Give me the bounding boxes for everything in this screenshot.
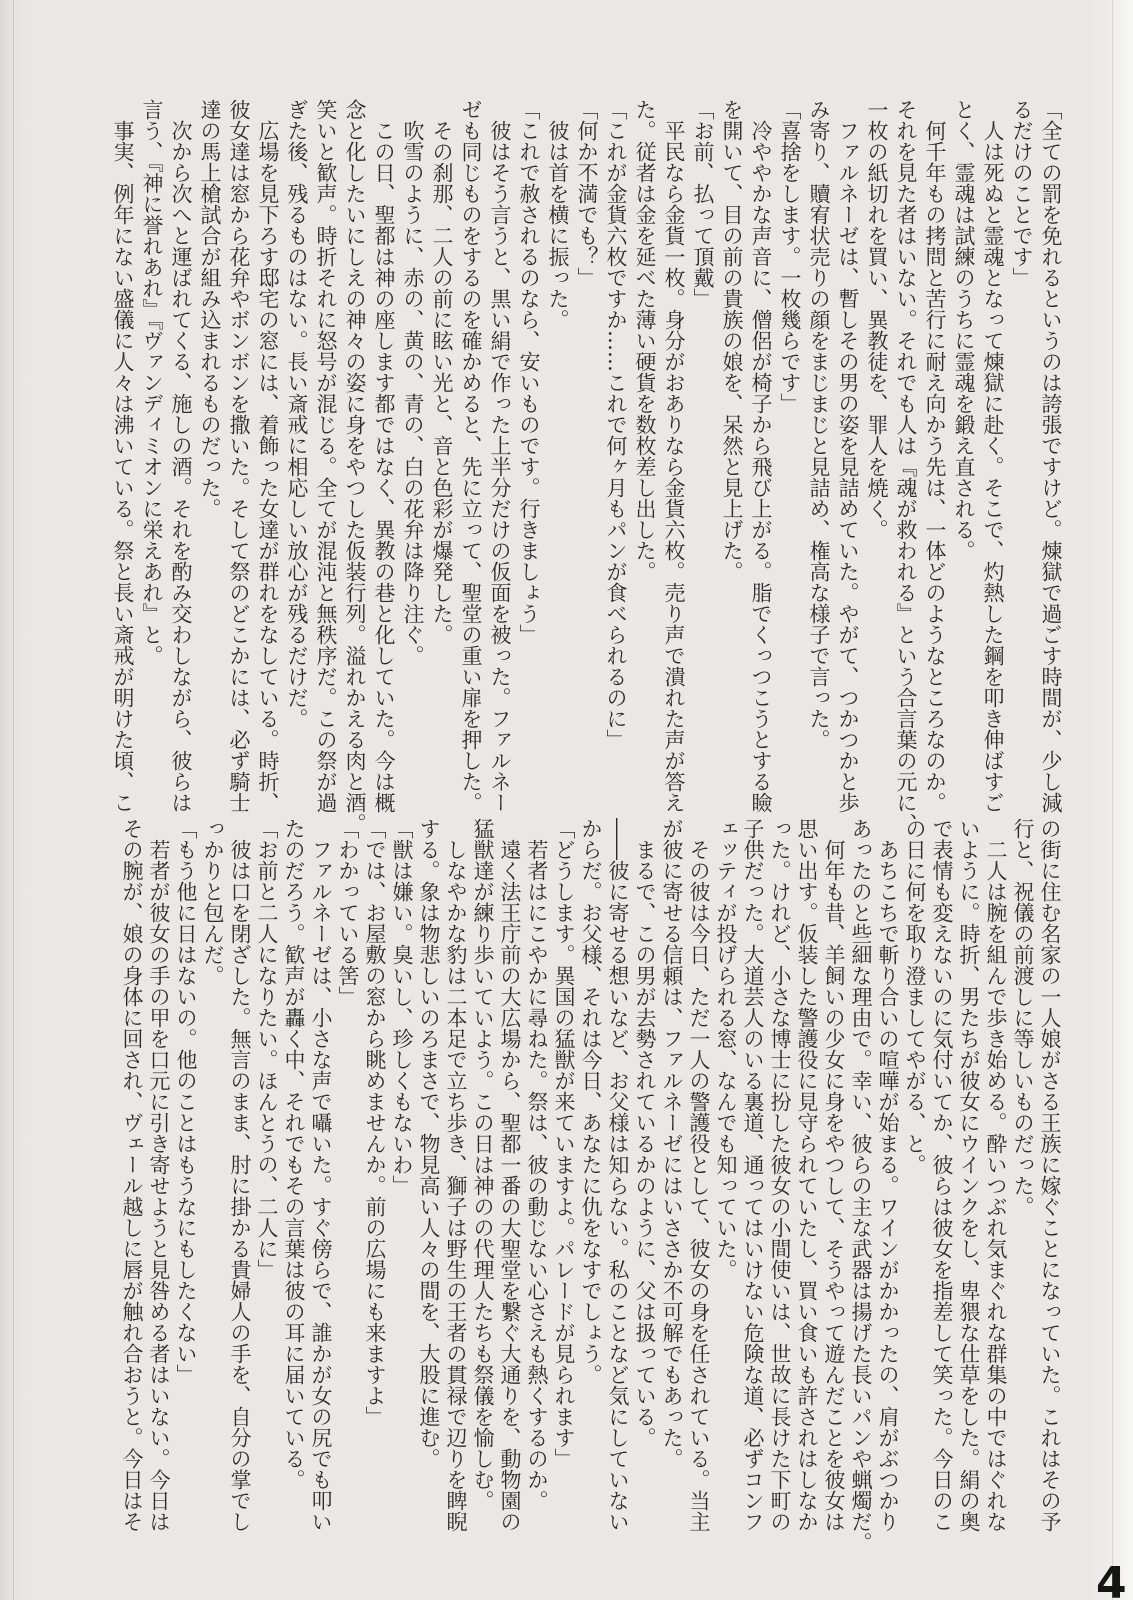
text-column: の街に住む名家の一人娘がさる王族に嫁ぐことになっていた。これはその予 [1036, 818, 1063, 1550]
text-column: ファルネーゼは、小さな声で囁いた。すぐ傍らで、誰かが女の尻でも叩い [307, 818, 334, 1550]
text-column: からだ。お父様、それは今日、あなたに仇をなすでしょう。 [577, 818, 604, 1550]
text-column: 「わかっている筈」 [334, 818, 361, 1550]
text-column: 遠く法王庁前の大広場から、聖都一番の大聖堂を繋ぐ大通りを、動物園の [496, 818, 523, 1550]
text-column: まるで、この男が去勢されているかのように、父は扱っている。 [631, 818, 658, 1550]
text-column: 「これが金貨六枚ですか……これで何ヶ月もパンが食べられるのに」 [601, 99, 630, 799]
text-column: 「何か不満でも？」 [572, 99, 601, 799]
text-column: 「全ての罰を免れるというのは誇張ですけど。煉獄で過ごす時間が、少し減 [1036, 99, 1065, 799]
text-column: 子供だった。大道芸人のいる裏道、通ってはいけない危険な道、必ずコンフ [739, 818, 766, 1550]
text-column: とく、霊魂は試練のうちに霊魂を鍛え直される。 [949, 99, 978, 799]
text-column: 吹雪のように、赤の、黄の、青の、白の花弁は降り注ぐ。 [398, 99, 427, 799]
text-column: あったのと些細な理由で。幸い、彼らの主な武器は揚げた長いパンや蝋燭だ。 [847, 818, 874, 1550]
text-column: が彼に寄せる信頼は、ファルネーゼにはいささか不可解でもあった。 [658, 818, 685, 1550]
text-column: 思い出す。仮装した警護役に見守られていたし、買い食いも許されはしなか [793, 818, 820, 1550]
text-column: ――彼に寄せる想いなど、お父様は知らない。私のことなど気にしていない [604, 818, 631, 1550]
text-column: た。従者は金を延べた薄い硬貨を数枚差し出した。 [630, 99, 659, 799]
text-column: 彼はそう言うと、黒い絹で作った上半分だけの仮面を被った。ファルネー [485, 99, 514, 799]
text-column: 何千年もの拷問と苦行に耐え向かう先は、一体どのようなところなのか。 [920, 99, 949, 799]
text-column: を開いて、目の前の貴族の娘を、呆然と見上げた。 [717, 99, 746, 799]
text-column: 「もう他に日はないの。他のことはもうなにもしたくない」 [172, 818, 199, 1550]
text-column: たのだろう。歓声が轟く中、それでもその言葉は彼の耳に届いている。 [280, 818, 307, 1550]
text-column: ファルネーゼは、暫しその男の姿を見詰めていた。やがて、つかつかと歩 [833, 99, 862, 799]
scanned-page: 「全ての罰を免れるというのは誇張ですけど。煉獄で過ごす時間が、少し減るだけのこと… [0, 0, 1133, 1600]
text-column: った。けれど、小さな博士に扮した彼女の小間使いは、世故に長けた下町の [766, 818, 793, 1550]
text-column: 「お前、払って頂戴」 [688, 99, 717, 799]
text-column: この日、聖都は神の座します都ではなく、異教の巷と化していた。今は概 [369, 99, 398, 799]
text-column: 彼は首を横に振った。 [543, 99, 572, 799]
text-column: の日に何を取り澄ましてやがる、と。 [901, 818, 928, 1550]
text-column: 広場を見下ろす邸宅の窓には、着飾った女達が群れをなしている。時折、 [253, 99, 282, 799]
text-column: 念と化したいにしえの神々の姿に身をやつした仮装行列。溢れかえる肉と酒。 [340, 99, 369, 799]
text-column: あちこちで斬り合いの喧嘩が始まる。ワインがかかったの、肩がぶつかり [874, 818, 901, 1550]
text-column: 猛獣達が練り歩いていよう。この日は神のの代理人たちも祭儀を愉しむ。 [469, 818, 496, 1550]
left-page-fold-line [13, 0, 14, 1600]
text-column: 若者が彼女の手の甲を口元に引き寄せようと見咎める者はいない。今日は [145, 818, 172, 1550]
text-column: 「喜捨をします。一枚幾らです」 [775, 99, 804, 799]
text-column: 「お前と二人になりたい。ほんとうの、二人に」 [253, 818, 280, 1550]
text-column: 一枚の紙切れを買い、異教徒を、罪人を焼く。 [862, 99, 891, 799]
text-column: その腕が、娘の身体に回され、ヴェール越しに唇が触れ合おうと。今日はそ [118, 818, 145, 1550]
text-column: るだけのことです」 [1007, 99, 1036, 799]
text-column: 「では、お屋敷の窓から眺めませんか。前の広場にも来ますよ」 [361, 818, 388, 1550]
text-column: その刹那、二人の前に眩い光と、音と色彩が爆発した。 [427, 99, 456, 799]
text-column: いように。時折、男たちが彼女にウインクをし、卑猥な仕草をした。絹の奥 [955, 818, 982, 1550]
text-column: 次から次へと運ばれてくる、施しの酒。それを酌み交わしながら、彼らは [166, 99, 195, 799]
text-column: する。象は物悲しいのろまさで、物見高い人々の間を、大股に進む。 [415, 818, 442, 1550]
text-column: その彼は今日、ただ一人の警護役として、彼女の身を任されている。当主 [685, 818, 712, 1550]
text-column: 若者はにこやかに尋ねた。祭は、彼の動じない心さえも熱くするのか。 [523, 818, 550, 1550]
text-column: 平民なら金貨一枚。身分がおありなら金貨六枚。売り声で潰れた声が答え [659, 99, 688, 799]
text-column: 人は死ぬと霊魂となって煉獄に赴く。そこで、灼熱した鋼を叩き伸ばすご [978, 99, 1007, 799]
text-column: 「どうします。異国の猛獣が来ていますよ。パレードが見られます」 [550, 818, 577, 1550]
text-block-top: 「全ての罰を免れるというのは誇張ですけど。煉獄で過ごす時間が、少し減るだけのこと… [108, 99, 1065, 799]
text-column: 「これで赦されるのなら、安いものです。行きましょう」 [514, 99, 543, 799]
text-column: 笑いと歓声。時折それに怒号が混じる。全てが混沌と無秩序だ。この祭が過 [311, 99, 340, 799]
text-column: み寄り、贖宥状売りの顔をまじまじと見詰め、権高な様子で言った。 [804, 99, 833, 799]
text-block-bottom: の街に住む名家の一人娘がさる王族に嫁ぐことになっていた。これはその予行と、祝儀の… [118, 818, 1063, 1550]
text-column: 達の馬上槍試合が組み込まれるものだった。 [195, 99, 224, 799]
text-column: しなやかな豹は二本足で立ち歩き、獅子は野生の王者の貫禄で辺りを睥睨 [442, 818, 469, 1550]
text-column: 二人は腕を組んで歩き始める。酔いつぶれ気まぐれな群集の中ではぐれな [982, 818, 1009, 1550]
text-column: 言う、『神に誉れあれ』『ヴァンディミオンに栄えあれ』と。 [137, 99, 166, 799]
text-column: 行と、祝儀の前渡しに等しいものだった。 [1009, 818, 1036, 1550]
text-column: 事実、例年にない盛儀に人々は沸いている。祭と長い斎戒が明けた頃、こ [108, 99, 137, 799]
text-column: 冷ややかな声音に、僧侶が椅子から飛び上がる。脂でくっつこうとする瞼 [746, 99, 775, 799]
text-column: ェッティが投げられる窓、なんでも知っていた。 [712, 818, 739, 1550]
text-column: 「獣は嫌い。臭いし、珍しくもないわ」 [388, 818, 415, 1550]
page-number: 4 [1096, 1562, 1127, 1600]
text-column: 彼は口を閉ざした。無言のまま、肘に掛かる貴婦人の手を、自分の掌でし [226, 818, 253, 1550]
text-column: ゼも同じものをするのを確かめると、先に立って、聖堂の重い扉を押した。 [456, 99, 485, 799]
text-column: で表情も変えないのに気付いてか、彼らは彼女を指差して笑った。今日のこ [928, 818, 955, 1550]
text-column: それを見た者はいない。それでも人は『魂が救われる』という合言葉の元に、 [891, 99, 920, 799]
right-page-edge-line [1112, 0, 1113, 1600]
text-column: 何年も昔、羊飼いの少女に身をやつして、そうやって遊んだことを彼女は [820, 818, 847, 1550]
text-column: ぎた後、残るものはない。長い斎戒に相応しい放心が残るだけだ。 [282, 99, 311, 799]
text-column: っかりと包んだ。 [199, 818, 226, 1550]
text-column: 彼女達は窓から花弁やボンボンを撒いた。そして祭のどこかには、必ず騎士 [224, 99, 253, 799]
